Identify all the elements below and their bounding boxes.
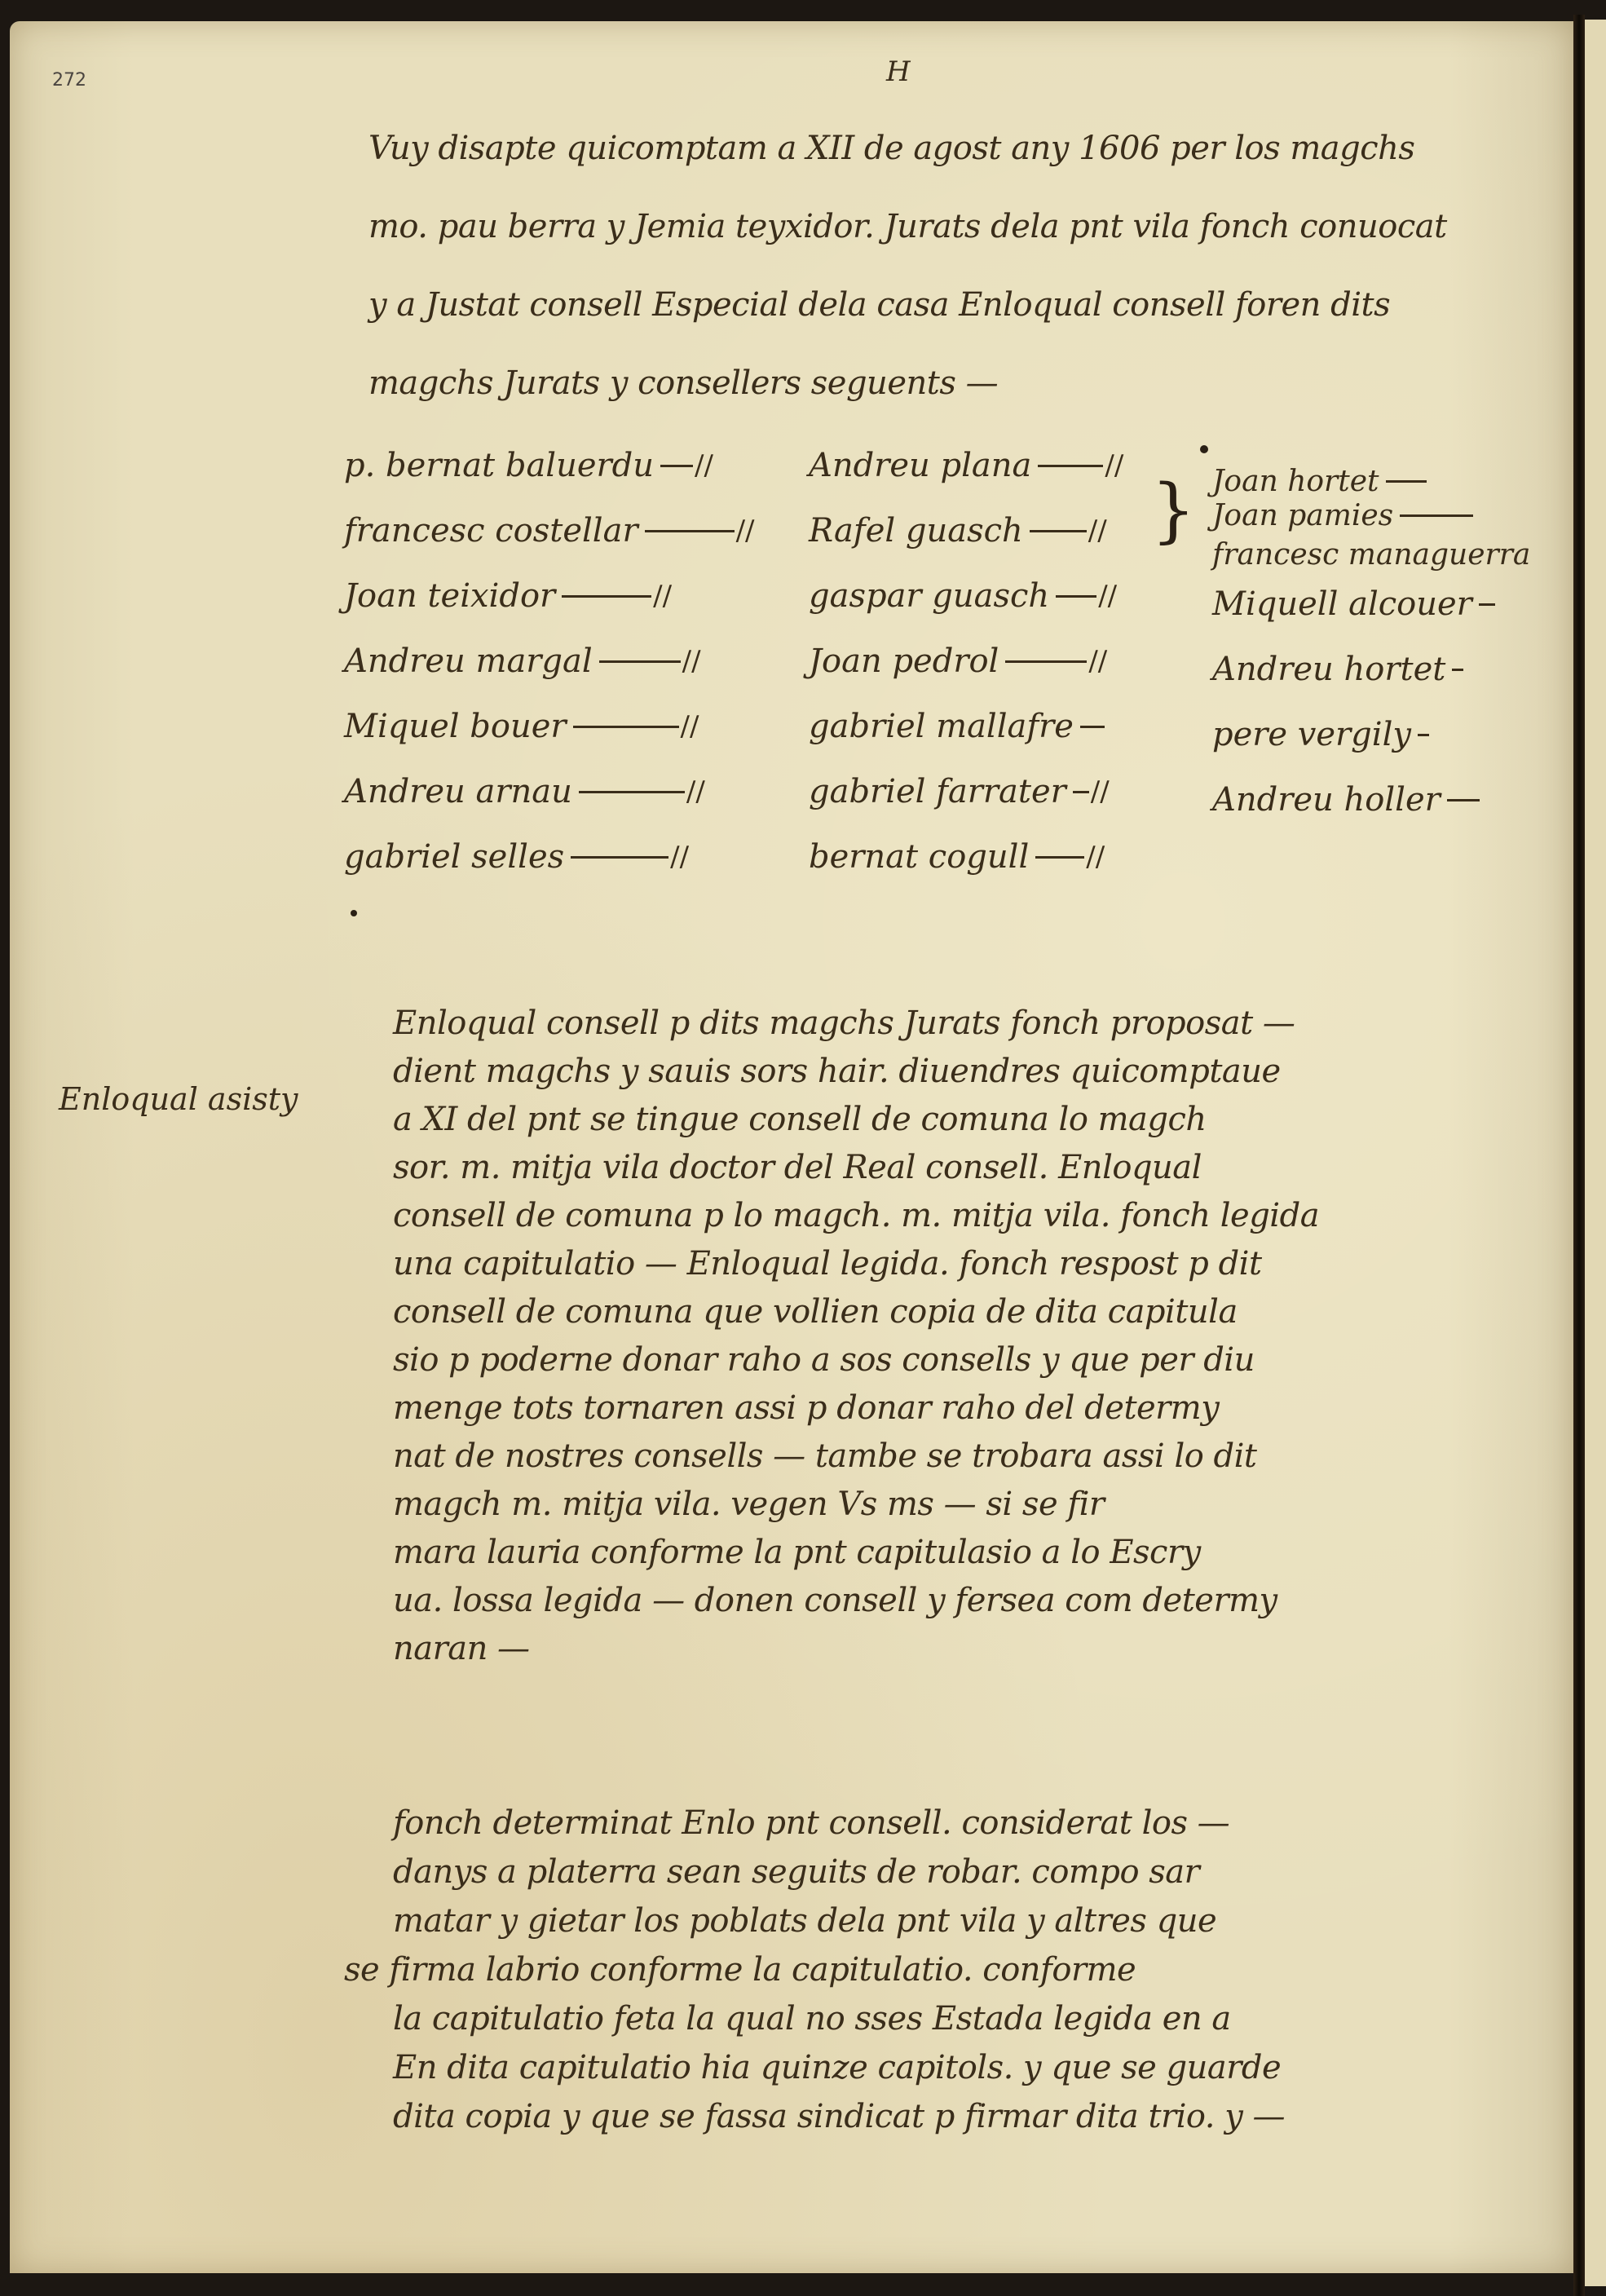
ink-blot: [1200, 445, 1208, 453]
dash-line: [1447, 799, 1480, 801]
attendance-mark: //: [653, 580, 672, 612]
attendee-entry: Joan teixidor//: [344, 563, 801, 629]
text-line: danys a platerra sean seguits de robar. …: [393, 1848, 1567, 1896]
attendee-entry: Andreu hortet: [1212, 637, 1555, 702]
attendee-entry: p. bernat baluerdu//: [344, 433, 801, 498]
text-line: la capitulatio feta la qual no sses Esta…: [393, 1994, 1567, 2043]
attendee-name: Joan hortet: [1212, 465, 1379, 498]
attendee-name: Andreu plana: [809, 447, 1031, 484]
text-line: menge tots tornaren assi p donar raho de…: [393, 1384, 1567, 1433]
text-line: dient magchs y sauis sors hair. diuendre…: [393, 1048, 1567, 1096]
attendee-name: bernat cogull: [809, 838, 1029, 876]
text-line: Enloqual consell p dits magchs Jurats fo…: [393, 1000, 1567, 1048]
dash-line: [1400, 514, 1473, 517]
text-line: naran —: [393, 1625, 1567, 1673]
attendee-entry: Andreu margal//: [344, 629, 801, 694]
grouping-brace-icon: }: [1151, 470, 1196, 551]
attendee-name: gabriel farrater: [809, 773, 1066, 810]
text-line: consell de comuna p lo magch. m. mitja v…: [393, 1192, 1567, 1240]
attendance-mark: //: [682, 645, 701, 678]
text-line: sor. m. mitja vila doctor del Real conse…: [393, 1144, 1567, 1192]
attendee-entry: Andreu holler: [1212, 767, 1555, 832]
text-line: En dita capitulatio hia quinze capitols.…: [393, 2043, 1567, 2092]
attendee-name: Andreu arnau: [344, 773, 572, 810]
attendance-mark: //: [1086, 841, 1105, 873]
text-line: nat de nostres consells — tambe se troba…: [393, 1433, 1567, 1481]
attendee-entry: Andreu arnau//: [344, 759, 801, 824]
attendee-name: gabriel mallafre: [809, 708, 1074, 745]
attendee-entry: francesc costellar//: [344, 498, 801, 563]
attendee-name: Andreu holler: [1212, 781, 1441, 819]
attendee-entry: gabriel selles//: [344, 824, 801, 890]
attendance-mark: //: [1098, 580, 1117, 612]
text-line: fonch determinat Enlo pnt consell. consi…: [393, 1799, 1567, 1848]
attendee-column-3: Joan hortet Joan pamies francesc manague…: [1212, 433, 1555, 832]
text-line: dita copia y que se fassa sindicat p fir…: [393, 2092, 1567, 2141]
dash-line: [1035, 856, 1084, 859]
deliberation-paragraph: Enloqual consell p dits magchs Jurats fo…: [393, 1000, 1567, 1673]
dash-line: [562, 595, 651, 598]
header-mark: H: [886, 55, 911, 88]
resolution-paragraph: fonch determinat Enlo pnt consell. consi…: [393, 1799, 1567, 2141]
intro-line: Vuy disapte quicomptam a XII de agost an…: [368, 109, 1559, 188]
dash-line: [1038, 465, 1103, 467]
text-line: magch m. mitja vila. vegen Vs ms — si se…: [393, 1481, 1567, 1529]
dash-line: [1386, 480, 1427, 483]
attendee-column-1: p. bernat baluerdu// francesc costellar/…: [344, 433, 801, 890]
text-line: a XI del pnt se tingue consell de comuna…: [393, 1096, 1567, 1144]
attendee-name: Joan teixidor: [344, 577, 555, 615]
attendee-name: Andreu margal: [344, 642, 593, 680]
attendance-mark: //: [1105, 449, 1123, 482]
attendee-entry: Miquell alcouer: [1212, 572, 1555, 637]
attendee-name: francesc managuerra: [1212, 538, 1530, 572]
dash-line: [1073, 791, 1089, 793]
dash-line: [1418, 734, 1429, 736]
text-line: matar y gietar los poblats dela pnt vila…: [393, 1896, 1567, 1945]
attendee-entry: gabriel mallafre: [809, 694, 1216, 759]
attendee-entry: bernat cogull//: [809, 824, 1216, 890]
dash-line: [573, 726, 679, 728]
attendee-entry: Joan pedrol//: [809, 629, 1216, 694]
attendance-mark: //: [681, 710, 699, 743]
margin-note: Enloqual asisty: [59, 1081, 298, 1117]
text-line: ua. lossa legida — donen consell y ferse…: [393, 1577, 1567, 1625]
ink-blot: [351, 910, 357, 916]
attendee-name: Joan pamies: [1212, 499, 1393, 532]
intro-line: mo. pau berra y Jemia teyxidor. Jurats d…: [368, 188, 1559, 266]
manuscript-page: 272 H Vuy disapte quicomptam a XII de ag…: [10, 21, 1573, 2273]
folio-number: 272: [52, 70, 86, 91]
attendance-mark: //: [686, 775, 705, 808]
attendee-entry: gaspar guasch//: [809, 563, 1216, 629]
attendance-mark: //: [695, 449, 713, 482]
attendee-name: Andreu hortet: [1212, 651, 1445, 688]
dash-line: [579, 791, 685, 793]
dash-line: [1479, 603, 1495, 606]
attendance-mark: //: [1088, 645, 1107, 678]
dash-line: [571, 856, 668, 859]
dash-line: [1452, 669, 1463, 671]
attendee-entry: Joan hortet: [1212, 464, 1555, 498]
attendee-name: pere vergily: [1212, 716, 1411, 753]
dash-line: [1056, 595, 1096, 598]
attendance-mark: //: [670, 841, 689, 873]
attendee-entry: pere vergily: [1212, 702, 1555, 767]
attendee-entry: Joan pamies: [1212, 498, 1555, 532]
intro-paragraph: Vuy disapte quicomptam a XII de agost an…: [368, 109, 1559, 422]
dash-line: [660, 465, 693, 467]
attendee-name: gabriel selles: [344, 838, 564, 876]
dash-line: [645, 530, 735, 532]
attendee-name: Rafel guasch: [809, 512, 1023, 550]
attendance-mark: //: [736, 514, 755, 547]
attendance-mark: //: [1088, 514, 1107, 547]
attendee-name: Miquel bouer: [344, 708, 567, 745]
text-line: una capitulatio — Enloqual legida. fonch…: [393, 1240, 1567, 1288]
attendee-entry: francesc managuerra: [1212, 537, 1555, 572]
text-line: sio p poderne donar raho a sos consells …: [393, 1336, 1567, 1384]
intro-line: magchs Jurats y consellers seguents —: [368, 344, 1559, 422]
attendee-entry: Miquel bouer//: [344, 694, 801, 759]
attendee-name: Miquell alcouer: [1212, 585, 1472, 623]
dash-line: [1080, 726, 1105, 728]
attendee-name: p. bernat baluerdu: [344, 447, 654, 484]
attendee-name: gaspar guasch: [809, 577, 1049, 615]
dash-line: [599, 660, 681, 663]
attendee-name: Joan pedrol: [809, 642, 999, 680]
book-binding: [1573, 15, 1585, 2296]
intro-line: y a Justat consell Especial dela casa En…: [368, 266, 1559, 344]
text-line: consell de comuna que vollien copia de d…: [393, 1288, 1567, 1336]
dash-line: [1030, 530, 1087, 532]
attendee-entry: gabriel farrater//: [809, 759, 1216, 824]
text-line: se firma labrio conforme la capitulatio.…: [344, 1945, 1567, 1994]
attendance-mark: //: [1091, 775, 1110, 808]
text-line: mara lauria conforme la pnt capitulasio …: [393, 1529, 1567, 1577]
adjacent-page-edge: [1585, 20, 1606, 2286]
attendee-list: p. bernat baluerdu// francesc costellar/…: [328, 433, 1567, 906]
attendee-name: francesc costellar: [344, 512, 638, 550]
dash-line: [1005, 660, 1087, 663]
